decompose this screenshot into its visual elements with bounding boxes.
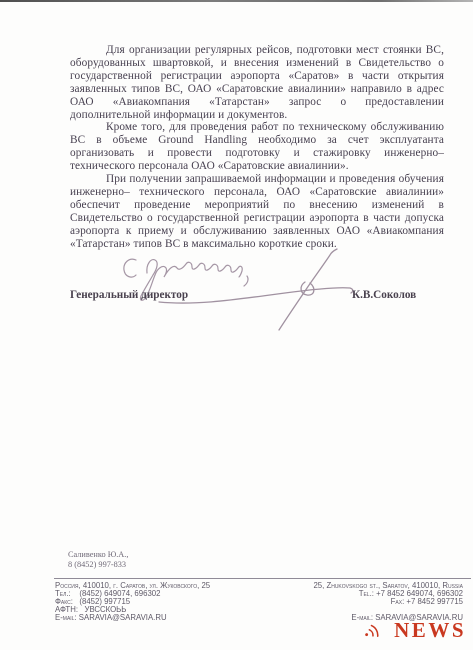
sound-waves-icon <box>363 621 383 641</box>
scan-edge-artifact <box>0 0 473 2</box>
handwriting-greeting <box>124 259 136 277</box>
paragraph-2: Кроме того, для проведения работ по техн… <box>70 121 444 173</box>
signature-title: Генеральный директор <box>70 289 188 301</box>
paragraph-3: При получении запрашиваемой информации и… <box>70 173 444 250</box>
footer-address-ru: Россия, 410010, г. Саратов, ул. Жуковско… <box>55 582 210 622</box>
executor-phone: 8 (8452) 997-833 <box>68 560 128 570</box>
executor-name: Саливенко Ю.А., <box>68 550 128 560</box>
scanned-letter-page: Для организации регулярных рейсов, подго… <box>0 0 473 650</box>
footer-divider <box>54 578 471 579</box>
paragraph-1: Для организации регулярных рейсов, подго… <box>70 44 444 121</box>
news-logo-text: NEWS <box>394 618 466 643</box>
news-logo: NEWS <box>363 618 466 643</box>
executor-block: Саливенко Ю.А., 8 (8452) 997-833 <box>68 550 128 569</box>
footer-address-en: 25, Zhukovskogo st., Saratov, 410010, Ru… <box>313 582 463 622</box>
fax-line: Fax: +7 8452 997715 <box>313 598 463 606</box>
letter-body: Для организации регулярных рейсов, подго… <box>70 44 444 251</box>
email-line: E-mail: SARAVIA@SARAVIA.RU <box>55 614 210 622</box>
signature-row: Генеральный директор К.В.Соколов <box>0 289 473 303</box>
signature-name: К.В.Соколов <box>352 289 416 301</box>
